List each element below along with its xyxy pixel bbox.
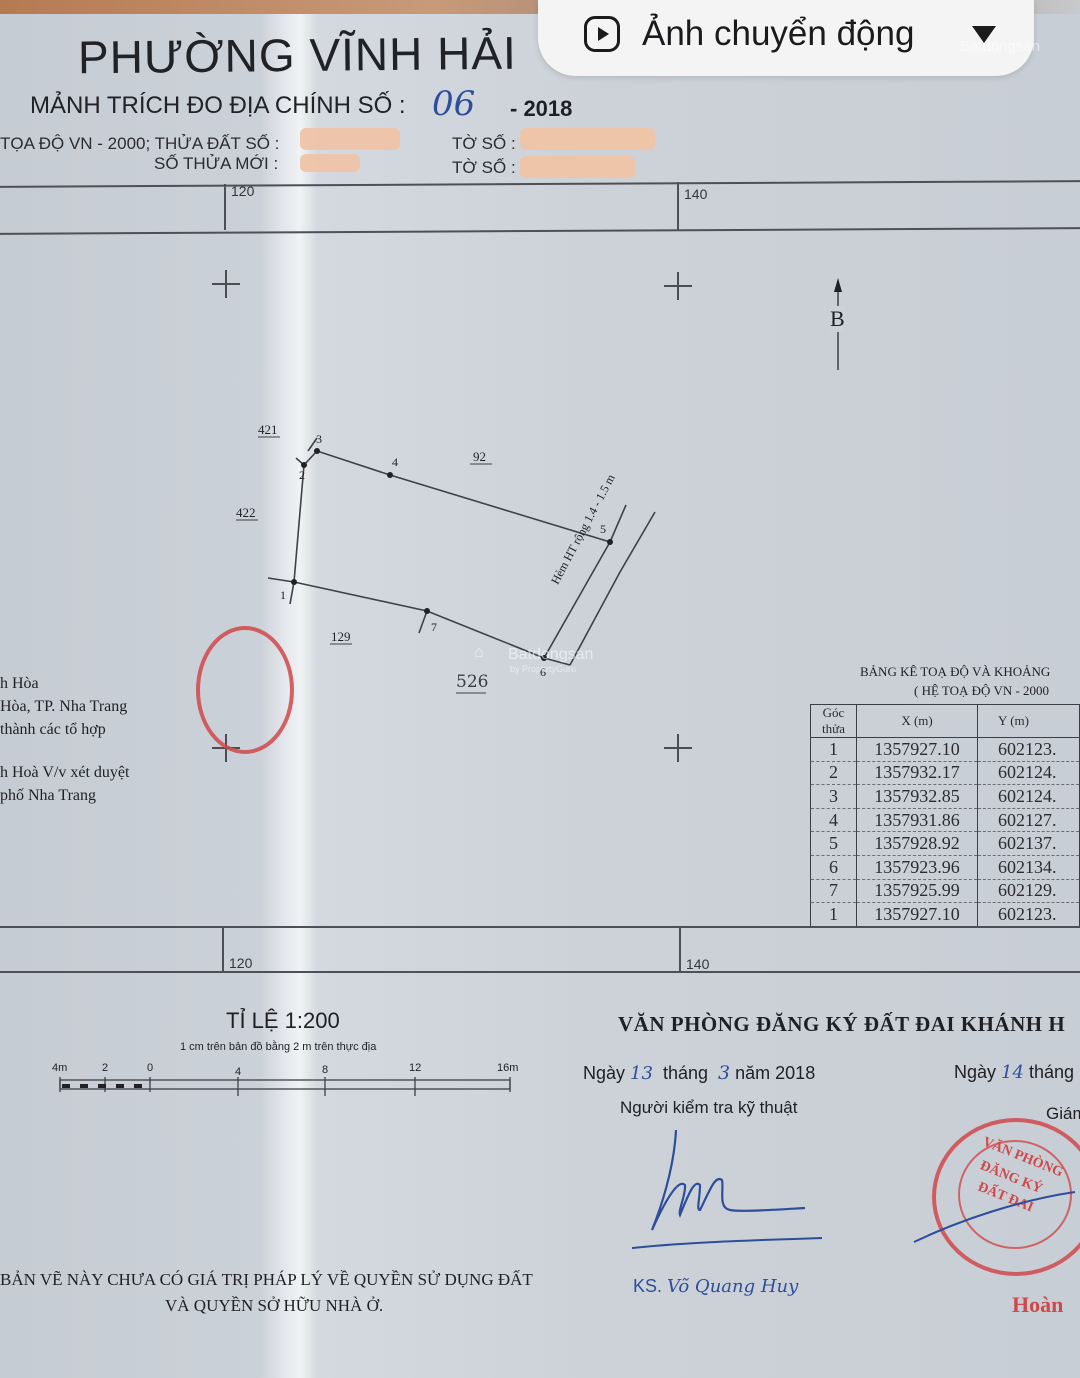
x-cell: 1357931.86 [857, 808, 978, 832]
note-line: h Hòa [0, 672, 129, 695]
grid-line [0, 926, 1080, 928]
director-name: Hoàn [1012, 1292, 1063, 1318]
date-day: 13 [630, 1063, 653, 1084]
coord-row: 21357932.17602124. [811, 761, 1080, 785]
disclaimer-line-1: BẢN VẼ NÀY CHƯA CÓ GIÁ TRỊ PHÁP LÝ VỀ QU… [0, 1270, 533, 1290]
note-line: Hòa, TP. Nha Trang [0, 695, 129, 718]
director-role: Giám [1046, 1104, 1080, 1124]
scale-note: 1 cm trên bản đồ bằng 2 m trên thực địa [180, 1041, 376, 1053]
watermark-tagline: by PropertyGuru [510, 664, 576, 674]
grid-tick [679, 926, 681, 971]
x-cell: 1357927.10 [857, 903, 978, 927]
signature [630, 1130, 830, 1260]
note-line: h Hoà V/v xét duyệt [0, 761, 129, 784]
vertex-cell: 1 [811, 738, 857, 762]
grid-label: 120 [229, 955, 252, 971]
coord-row: 11357927.10602123. [811, 903, 1080, 927]
coord-table-subtitle: ( HỆ TOẠ ĐỘ VN - 2000 [914, 683, 1049, 699]
coord-row: 71357925.99602129. [811, 879, 1080, 903]
parcel-number: 421 [258, 422, 278, 438]
y-cell: 602129. [978, 879, 1080, 903]
x-cell: 1357932.85 [857, 785, 978, 809]
col-header: Góc thửa [811, 705, 857, 738]
watermark-logo-icon: ⌂ [474, 644, 484, 662]
coord-row: 11357927.10602123. [811, 738, 1080, 762]
disclaimer-line-2: VÀ QUYỀN SỞ HỮU NHÀ Ở. [165, 1296, 383, 1316]
parcel-number: 422 [236, 505, 256, 521]
date-year: năm 2018 [735, 1063, 815, 1083]
y-cell: 602123. [978, 738, 1080, 762]
checker-name-prefix: KS. [633, 1276, 662, 1296]
y-cell: 602137. [978, 832, 1080, 856]
x-cell: 1357927.10 [857, 738, 978, 762]
date-month-label: tháng [1029, 1062, 1074, 1082]
scale-bar [50, 1060, 530, 1100]
parcel-number-handwritten: 526 [456, 672, 488, 692]
date-month-label: tháng [663, 1063, 708, 1083]
y-cell: 602124. [978, 785, 1080, 809]
x-cell: 1357923.96 [857, 855, 978, 879]
date-day: 14 [1001, 1062, 1024, 1083]
grid-label: 140 [686, 956, 709, 972]
coord-row: 51357928.92602137. [811, 832, 1080, 856]
vertex-cell: 6 [811, 855, 857, 879]
checker-name: Võ Quang Huy [667, 1276, 798, 1297]
date-prefix: Ngày [583, 1063, 625, 1083]
watermark-brand: Batdongsan [508, 646, 593, 664]
parcel-number: 92 [473, 449, 486, 465]
vertex-label: 5 [600, 522, 606, 537]
note-line: phố Nha Trang [0, 784, 129, 807]
office-name: VĂN PHÒNG ĐĂNG KÝ ĐẤT ĐAI KHÁNH H [618, 1012, 1065, 1037]
vertex-cell: 7 [811, 879, 857, 903]
vertex-cell: 2 [811, 761, 857, 785]
x-cell: 1357932.17 [857, 761, 978, 785]
col-header: X (m) [857, 705, 978, 738]
date-prefix: Ngày [954, 1062, 996, 1082]
date-month: 3 [718, 1062, 730, 1084]
col-header: Y (m) [978, 705, 1080, 738]
vertex-cell: 5 [811, 832, 857, 856]
vertex-label: 4 [392, 455, 398, 470]
scale-tick: 0 [147, 1062, 153, 1074]
x-cell: 1357925.99 [857, 879, 978, 903]
coord-row: 41357931.86602127. [811, 808, 1080, 832]
vertex-cell: 1 [811, 903, 857, 927]
x-cell: 1357928.92 [857, 832, 978, 856]
red-stamp-left [196, 626, 294, 754]
scale-tick: 4 [235, 1066, 241, 1078]
vertex-cell: 4 [811, 808, 857, 832]
note-line: thành các tổ hợp [0, 718, 129, 741]
coord-table-title: BẢNG KÊ TOẠ ĐỘ VÀ KHOẢNG [860, 664, 1050, 680]
coord-row: 31357932.85602124. [811, 785, 1080, 809]
y-cell: 602134. [978, 855, 1080, 879]
scale-tick: 2 [102, 1062, 108, 1074]
checker-name-line: KS. Võ Quang Huy [633, 1276, 798, 1297]
date-right: Ngày 14 tháng [954, 1062, 1074, 1083]
scale-tick: 16m [497, 1062, 518, 1074]
vertex-cell: 3 [811, 785, 857, 809]
scale-tick: 12 [409, 1062, 421, 1074]
y-cell: 602127. [978, 808, 1080, 832]
scale-tick: 4m [52, 1062, 67, 1074]
parcel-number: 129 [331, 629, 351, 645]
director-signature [910, 1130, 1080, 1250]
watermark-brand-top: Batdongsan [960, 38, 1040, 55]
checker-role: Người kiểm tra kỹ thuật [620, 1098, 797, 1118]
vertex-label: 3 [316, 432, 322, 447]
date-left: Ngày 13 tháng 3 năm 2018 [583, 1062, 815, 1084]
left-notes: h Hòa Hòa, TP. Nha Trang thành các tổ hợ… [0, 672, 129, 807]
scale-title: TỈ LỆ 1:200 [226, 1008, 340, 1034]
coord-row: 61357923.96602134. [811, 855, 1080, 879]
vertex-label: 1 [280, 588, 286, 603]
grid-tick [222, 926, 224, 971]
scale-tick: 8 [322, 1064, 328, 1076]
coordinate-table: Góc thửa X (m) Y (m) 11357927.10602123.2… [810, 704, 1080, 927]
vertex-label: 7 [431, 620, 437, 635]
vertex-label: 2 [299, 468, 305, 483]
grid-line [0, 971, 1080, 973]
y-cell: 602123. [978, 903, 1080, 927]
y-cell: 602124. [978, 761, 1080, 785]
